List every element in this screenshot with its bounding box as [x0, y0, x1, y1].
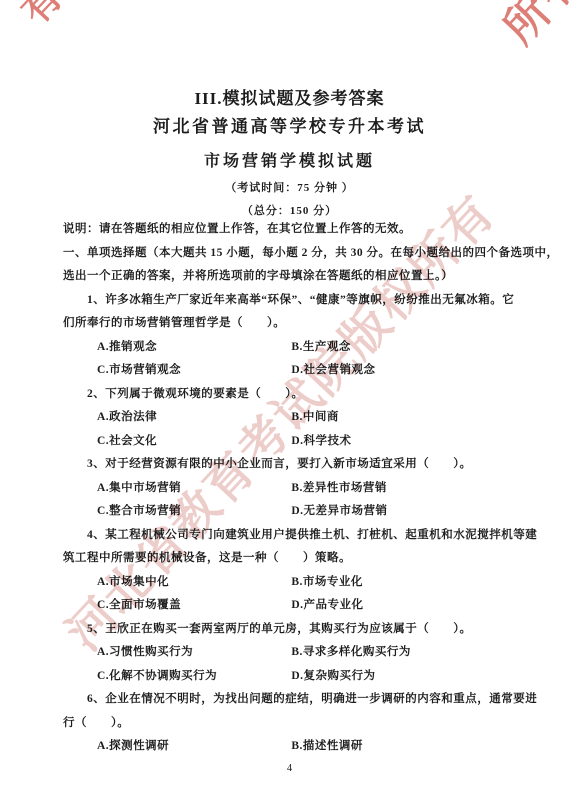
exam-body: 说明：请在答题纸的相应位置上作答，在其它位置上作答的无效。 一、单项选择题（本大…	[63, 218, 543, 759]
question-6: 6、企业在情况不明时，为找出问题的症结，明确进一步调研的内容和重点，通常要进 行…	[63, 688, 543, 759]
option-b: B.差异性市场营销	[291, 477, 387, 501]
section-one-line2: 选出一个正确的答案，并将所选项前的字母填涂在答题纸的相应位置上。）	[63, 265, 543, 289]
watermark-fragment-top-right: 所有	[486, 0, 579, 55]
question-2-options-ab: A.政治法律 B.中间商	[63, 406, 543, 430]
option-c: C.市场营销观念	[97, 359, 288, 383]
option-c: C.化解不协调购买行为	[97, 665, 288, 689]
question-1-options-ab: A.推销观念 B.生产观念	[63, 336, 543, 360]
option-b: B.描述性调研	[291, 735, 363, 759]
paper-title: 市场营销学模拟试题	[0, 148, 579, 171]
option-a: A.推销观念	[97, 336, 288, 360]
question-6-line1: 6、企业在情况不明时，为找出问题的症结，明确进一步调研的内容和重点，通常要进	[63, 688, 543, 712]
option-c: C.社会文化	[97, 430, 288, 454]
question-2: 2、下列属于微观环境的要素是（ ）。 A.政治法律 B.中间商 C.社会文化 D…	[63, 383, 543, 454]
option-d: D.社会营销观念	[291, 359, 375, 383]
page-number: 4	[0, 763, 579, 774]
exam-duration: （考试时间：75 分钟 ）	[0, 179, 579, 195]
section-heading: III.模拟试题及参考答案	[0, 84, 579, 109]
exam-document-page: III.模拟试题及参考答案 河北省普通高等学校专升本考试 市场营销学模拟试题 （…	[0, 0, 579, 801]
option-d: D.科学技术	[291, 430, 351, 454]
option-a: A.集中市场营销	[97, 477, 288, 501]
question-3: 3、对于经营资源有限的中小企业而言，要打入新市场适宜采用（ ）。 A.集中市场营…	[63, 453, 543, 524]
instructions-line: 说明：请在答题纸的相应位置上作答，在其它位置上作答的无效。	[63, 218, 543, 242]
question-5-options-ab: A.习惯性购买行为 B.寻求多样化购买行为	[63, 641, 543, 665]
question-5-options-cd: C.化解不协调购买行为 D.复杂购买行为	[63, 665, 543, 689]
question-3-options-ab: A.集中市场营销 B.差异性市场营销	[63, 477, 543, 501]
option-a: A.政治法律	[97, 406, 288, 430]
question-2-options-cd: C.社会文化 D.科学技术	[63, 430, 543, 454]
question-1-options-cd: C.市场营销观念 D.社会营销观念	[63, 359, 543, 383]
option-b: B.生产观念	[291, 336, 351, 360]
question-3-options-cd: C.整合市场营销 D.无差异市场营销	[63, 500, 543, 524]
option-c: C.整合市场营销	[97, 500, 288, 524]
question-4: 4、某工程机械公司专门向建筑业用户提供推土机、打桩机、起重机和水泥搅拌机等建 筑…	[63, 524, 543, 618]
question-2-line1: 2、下列属于微观环境的要素是（ ）。	[63, 383, 543, 407]
question-6-line2: 行（ ）。	[63, 712, 543, 736]
watermark-fragment-top-left: 有	[6, 0, 72, 34]
question-4-line1: 4、某工程机械公司专门向建筑业用户提供推土机、打桩机、起重机和水泥搅拌机等建	[63, 524, 543, 548]
option-d: D.无差异市场营销	[291, 500, 387, 524]
option-b: B.市场专业化	[291, 571, 363, 595]
section-one-line1: 一、单项选择题（本大题共 15 小题，每小题 2 分，共 30 分。在每小题给出…	[63, 242, 543, 266]
question-5-line1: 5、王欣正在购买一套两室两厅的单元房，其购买行为应该属于（ ）。	[63, 618, 543, 642]
question-3-line1: 3、对于经营资源有限的中小企业而言，要打入新市场适宜采用（ ）。	[63, 453, 543, 477]
option-b: B.寻求多样化购买行为	[291, 641, 411, 665]
option-a: A.市场集中化	[97, 571, 288, 595]
option-c: C.全面市场覆盖	[97, 594, 288, 618]
question-5: 5、王欣正在购买一套两室两厅的单元房，其购买行为应该属于（ ）。 A.习惯性购买…	[63, 618, 543, 689]
exam-total-score: （总分：150 分）	[0, 202, 579, 218]
question-1: 1、许多冰箱生产厂家近年来高举“环保”、“健康”等旗帜，纷纷推出无氟冰箱。它 们…	[63, 289, 543, 383]
question-6-options-ab: A.探测性调研 B.描述性调研	[63, 735, 543, 759]
question-4-line2: 筑工程中所需要的机械设备，这是一种（ ）策略。	[63, 547, 543, 571]
question-1-line2: 们所奉行的市场营销管理哲学是（ ）。	[63, 312, 543, 336]
option-d: D.产品专业化	[291, 594, 363, 618]
question-4-options-cd: C.全面市场覆盖 D.产品专业化	[63, 594, 543, 618]
option-a: A.探测性调研	[97, 735, 288, 759]
option-b: B.中间商	[291, 406, 339, 430]
question-1-line1: 1、许多冰箱生产厂家近年来高举“环保”、“健康”等旗帜，纷纷推出无氟冰箱。它	[63, 289, 543, 313]
question-4-options-ab: A.市场集中化 B.市场专业化	[63, 571, 543, 595]
option-a: A.习惯性购买行为	[97, 641, 288, 665]
exam-title: 河北省普通高等学校专升本考试	[0, 112, 579, 137]
option-d: D.复杂购买行为	[291, 665, 375, 689]
